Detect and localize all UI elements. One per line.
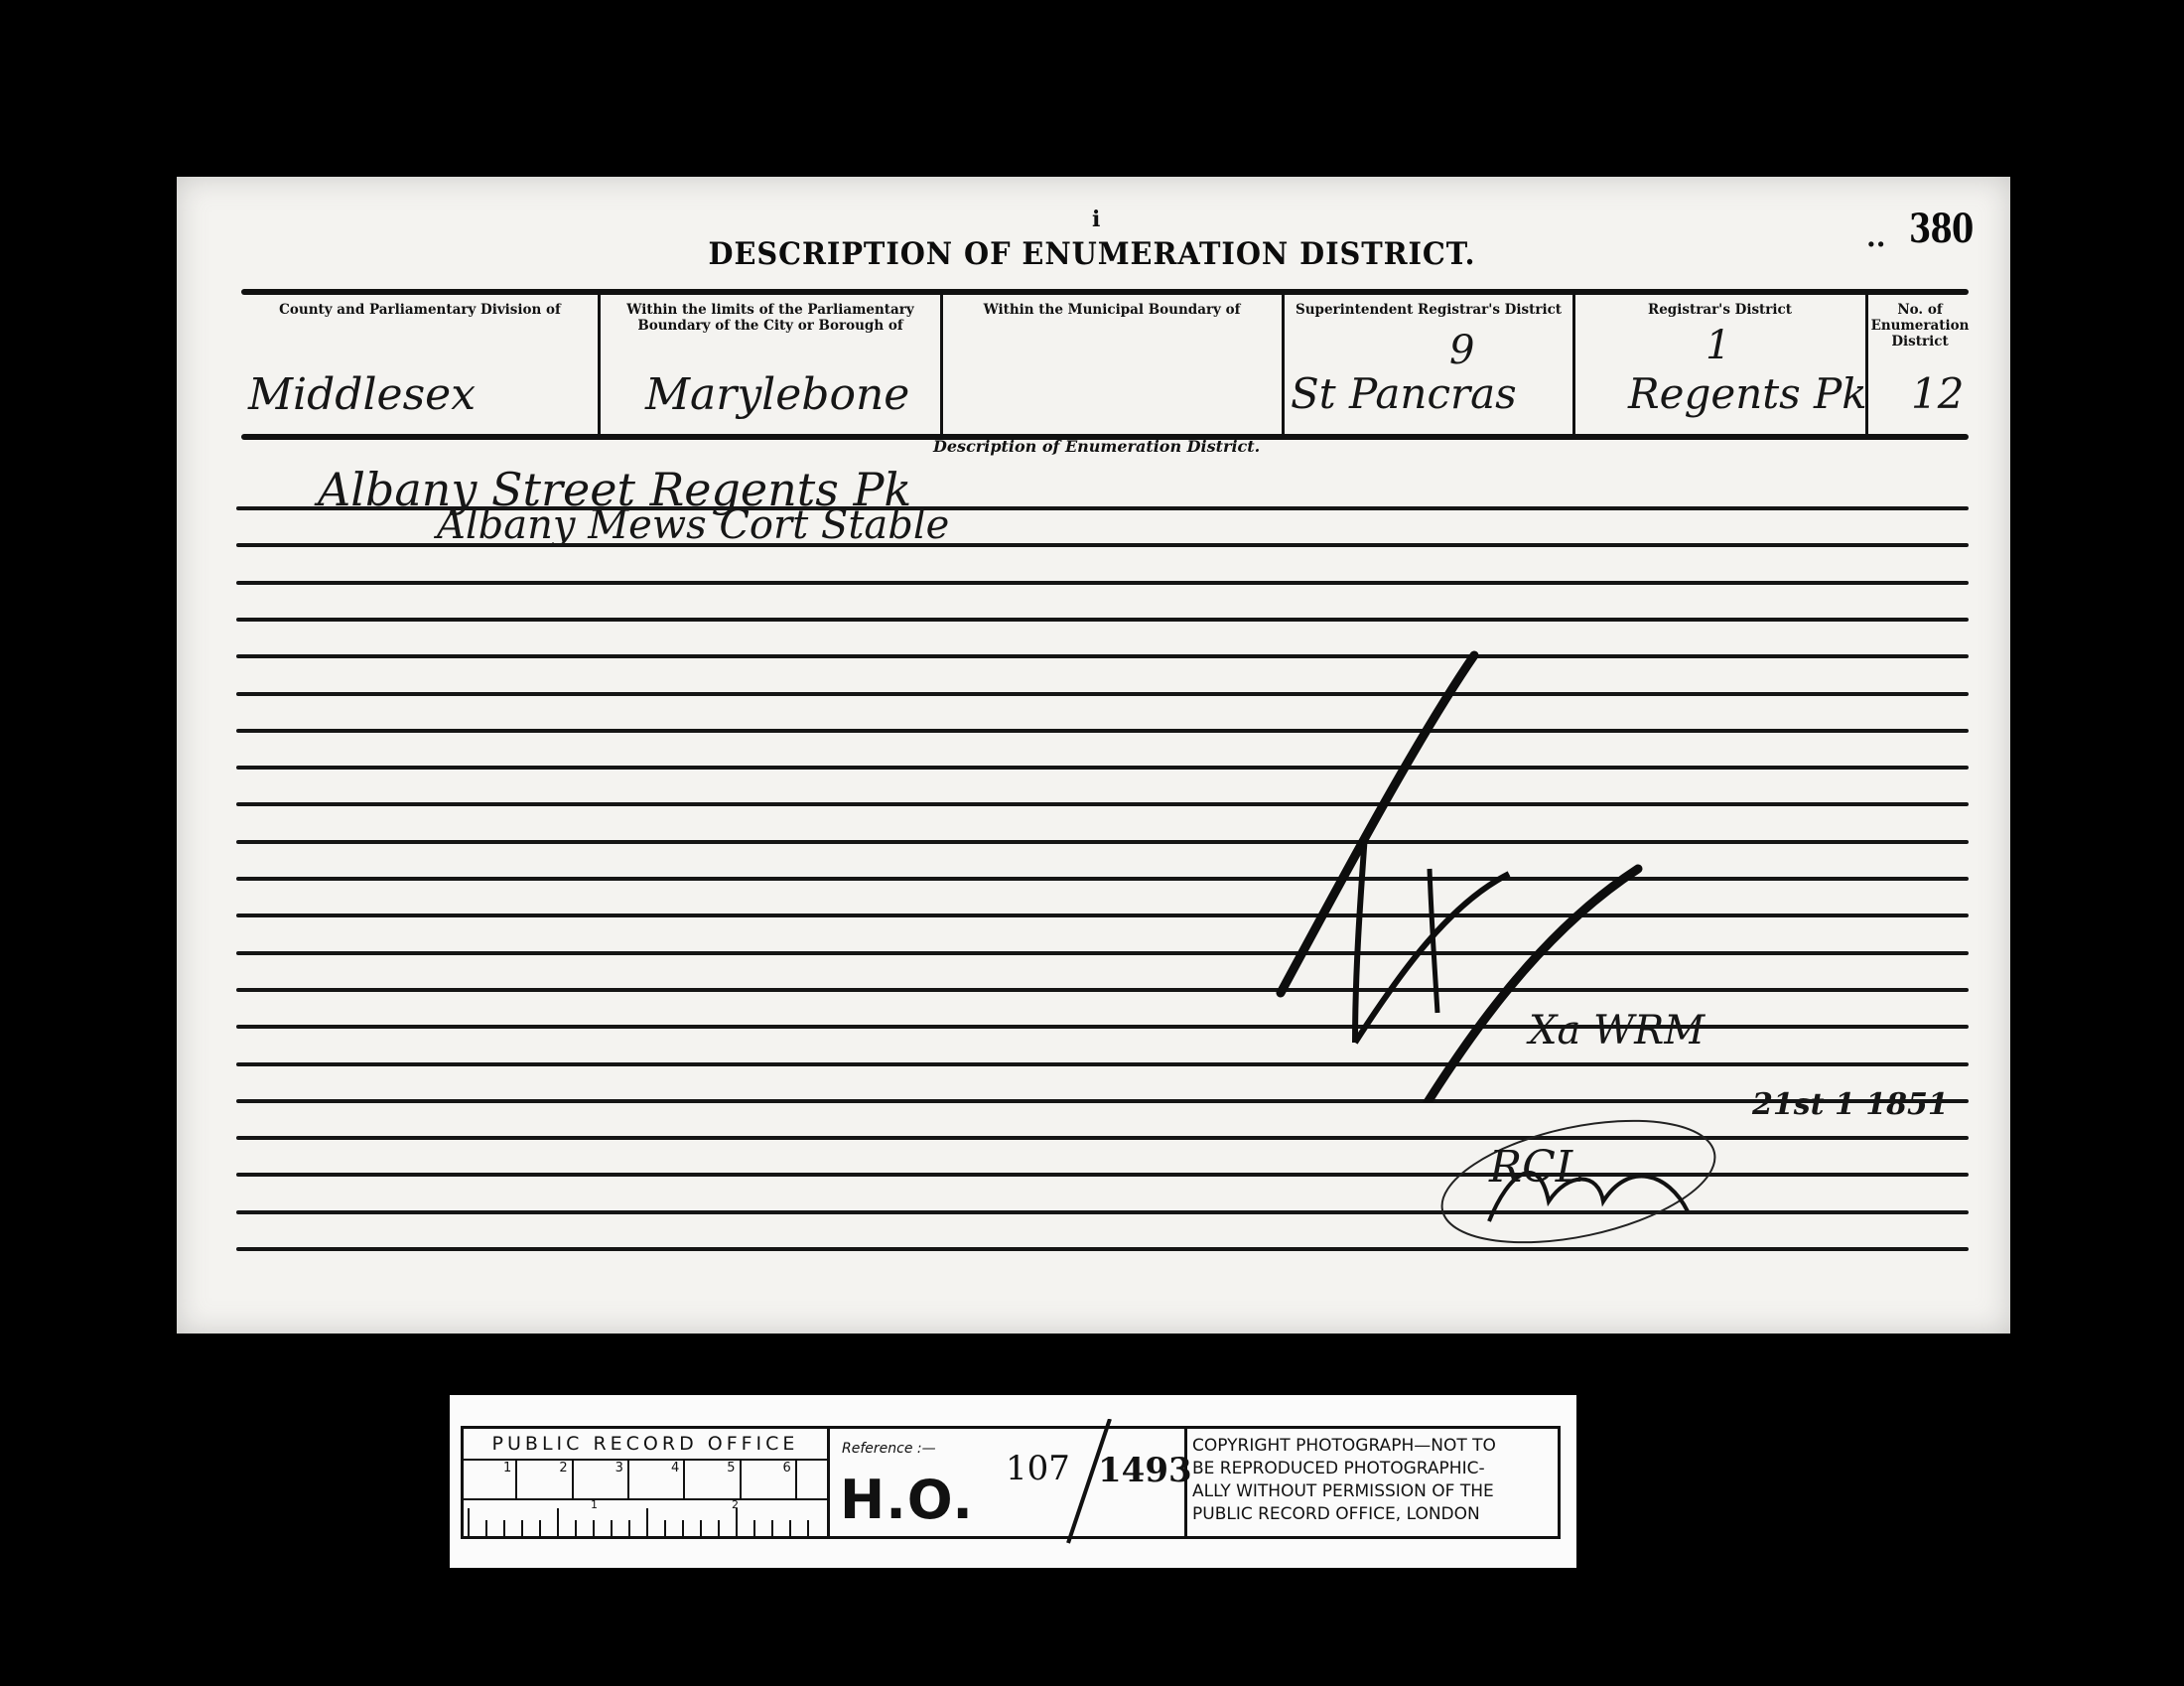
- copyright-line: PUBLIC RECORD OFFICE, LONDON: [1192, 1503, 1556, 1526]
- ruler-tick: [593, 1520, 595, 1536]
- ruler-inch-mark: 5: [687, 1461, 741, 1498]
- ruler-cm-label-2: 2: [732, 1498, 739, 1511]
- ruler-inch-mark: 2: [519, 1461, 573, 1498]
- ruled-line: [236, 1099, 1969, 1103]
- ruler-tick: [664, 1520, 666, 1536]
- ruler-tick: [771, 1520, 773, 1536]
- page-number-dots: ..: [1866, 220, 1886, 253]
- ruled-line: [236, 654, 1969, 658]
- copyright-line: ALLY WITHOUT PERMISSION OF THE: [1192, 1480, 1556, 1503]
- ruler-tick: [736, 1508, 738, 1536]
- column-divider: [1572, 292, 1575, 437]
- ruled-line: [236, 692, 1969, 696]
- ruler-tick: [628, 1520, 630, 1536]
- column-divider: [940, 292, 943, 437]
- copyright-notice: COPYRIGHT PHOTOGRAPH—NOT TO BE REPRODUCE…: [1192, 1435, 1556, 1526]
- value-enumeration-number: 12: [1911, 369, 1964, 418]
- ruler-tick: [753, 1520, 755, 1536]
- column-divider: [598, 292, 601, 437]
- column-divider: [1282, 292, 1285, 437]
- description-line-2: Albany Mews Cort Stable: [437, 502, 949, 548]
- value-county: Middlesex: [248, 369, 476, 420]
- ruler-tick: [682, 1520, 684, 1536]
- ruled-line: [236, 729, 1969, 733]
- table-top-rule: [241, 289, 1969, 295]
- ruled-line: [236, 618, 1969, 622]
- heading-municipal-boundary: Within the Municipal Boundary of: [948, 302, 1276, 318]
- ruler-tick: [700, 1520, 702, 1536]
- heading-superintendent-district: Superintendent Registrar's District: [1287, 302, 1570, 318]
- ruled-line: [236, 766, 1969, 770]
- page-number: 380: [1909, 206, 1973, 252]
- ruler-tick: [503, 1520, 505, 1536]
- reference-folio: 1493: [1098, 1451, 1192, 1490]
- ruler-tick: [521, 1520, 523, 1536]
- reference-section: Reference :— H.O. 107 1493: [830, 1429, 1187, 1536]
- ruled-line: [236, 581, 1969, 585]
- ruler-tick: [807, 1520, 809, 1536]
- ruled-line: [236, 1062, 1969, 1066]
- ruler-cm-label-1: 1: [591, 1498, 598, 1511]
- heading-enumeration-number: No. of Enumeration District: [1870, 302, 1970, 350]
- ruler-tick: [789, 1520, 791, 1536]
- value-superintendent-number: 9: [1449, 328, 1474, 373]
- value-registrar-district: Regents Pk: [1628, 369, 1867, 418]
- ruled-line: [236, 1025, 1969, 1029]
- value-superintendent-district: St Pancras: [1291, 369, 1517, 418]
- ruler-tick: [485, 1520, 487, 1536]
- ruled-line: [236, 988, 1969, 992]
- ruler-inch-mark: 4: [631, 1461, 685, 1498]
- ruler-tick: [557, 1508, 559, 1536]
- ruler-cm: 1 2: [464, 1498, 827, 1536]
- value-borough: Marylebone: [645, 369, 909, 420]
- ruler-inch-mark: 6: [744, 1461, 797, 1498]
- description-subtitle: Description of Enumeration District.: [933, 437, 1260, 456]
- ruled-line: [236, 840, 1969, 844]
- heading-parliamentary-boundary: Within the limits of the Parliamentary B…: [606, 302, 935, 334]
- reference-label: Reference :—: [842, 1441, 936, 1457]
- annotation-initials: Xa WRM: [1529, 1008, 1705, 1054]
- ruler-tick: [539, 1520, 541, 1536]
- heading-registrar-district: Registrar's District: [1578, 302, 1861, 318]
- ruler-tick: [468, 1508, 470, 1536]
- ruler-tick: [575, 1520, 577, 1536]
- ruled-line: [236, 802, 1969, 806]
- ruler-inch-mark: 3: [576, 1461, 629, 1498]
- copyright-line: COPYRIGHT PHOTOGRAPH—NOT TO: [1192, 1435, 1556, 1458]
- page-title: DESCRIPTION OF ENUMERATION DISTRICT.: [76, 236, 2108, 272]
- copyright-line: BE REPRODUCED PHOTOGRAPHIC-: [1192, 1458, 1556, 1480]
- reference-series: H.O.: [840, 1469, 974, 1531]
- annotation-signature: RCL: [1489, 1142, 1584, 1193]
- ruler-tick: [718, 1520, 720, 1536]
- ruler-tick: [646, 1508, 648, 1536]
- ruler-inch-mark: 1: [464, 1461, 517, 1498]
- ruler-inches: 123456: [464, 1459, 827, 1500]
- ruled-line: [236, 951, 1969, 955]
- page-top-mark: i: [1092, 207, 1100, 232]
- value-registrar-number: 1: [1706, 323, 1730, 368]
- ruler-tick: [611, 1520, 613, 1536]
- office-name: PUBLIC RECORD OFFICE: [472, 1433, 819, 1455]
- signature-flourish-icon: [1430, 1112, 1787, 1251]
- record-office-label-box: PUBLIC RECORD OFFICE 123456 1 2 Referenc…: [461, 1426, 1561, 1539]
- ruled-line: [236, 913, 1969, 917]
- ruler-section: PUBLIC RECORD OFFICE 123456 1 2: [464, 1429, 830, 1536]
- ruled-line: [236, 877, 1969, 881]
- heading-county: County and Parliamentary Division of: [246, 302, 594, 318]
